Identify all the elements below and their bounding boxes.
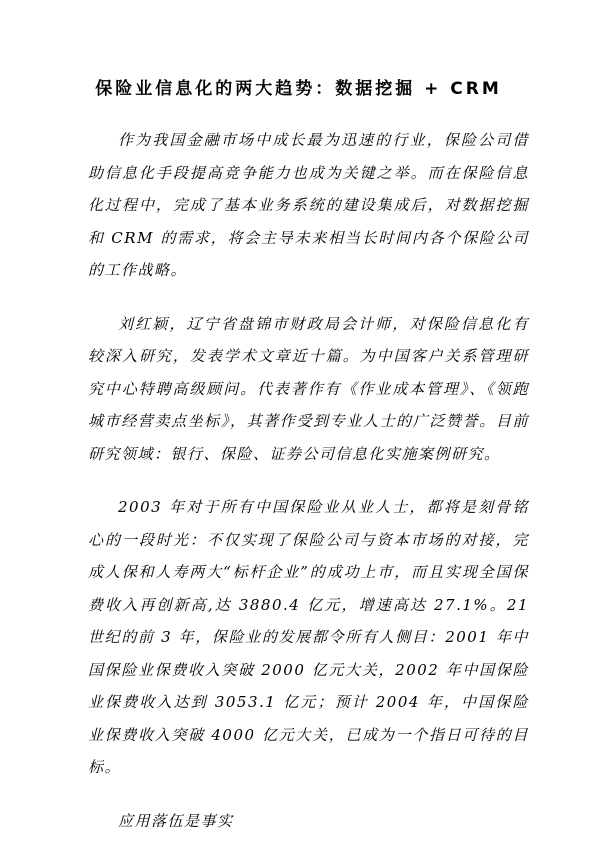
document-page: 保险业信息化的两大趋势：数据挖掘 + CRM 作为我国金融市场中成长最为迅速的行… bbox=[0, 0, 595, 842]
paragraph-statistics: 2003 年对于所有中国保险业从业人士，都将是刻骨铭心的一段时光：不仅实现了保险… bbox=[88, 491, 529, 784]
paragraph-intro: 作为我国金融市场中成长最为迅速的行业，保险公司借助信息化手段提高竞争能力也成为关… bbox=[88, 124, 529, 287]
section-heading: 应用落伍是事实 bbox=[88, 805, 529, 838]
document-title: 保险业信息化的两大趋势：数据挖掘 + CRM bbox=[68, 74, 529, 99]
paragraph-author-bio: 刘红颖，辽宁省盘锦市财政局会计师，对保险信息化有较深入研究，发表学术文章近十篇。… bbox=[88, 308, 529, 471]
